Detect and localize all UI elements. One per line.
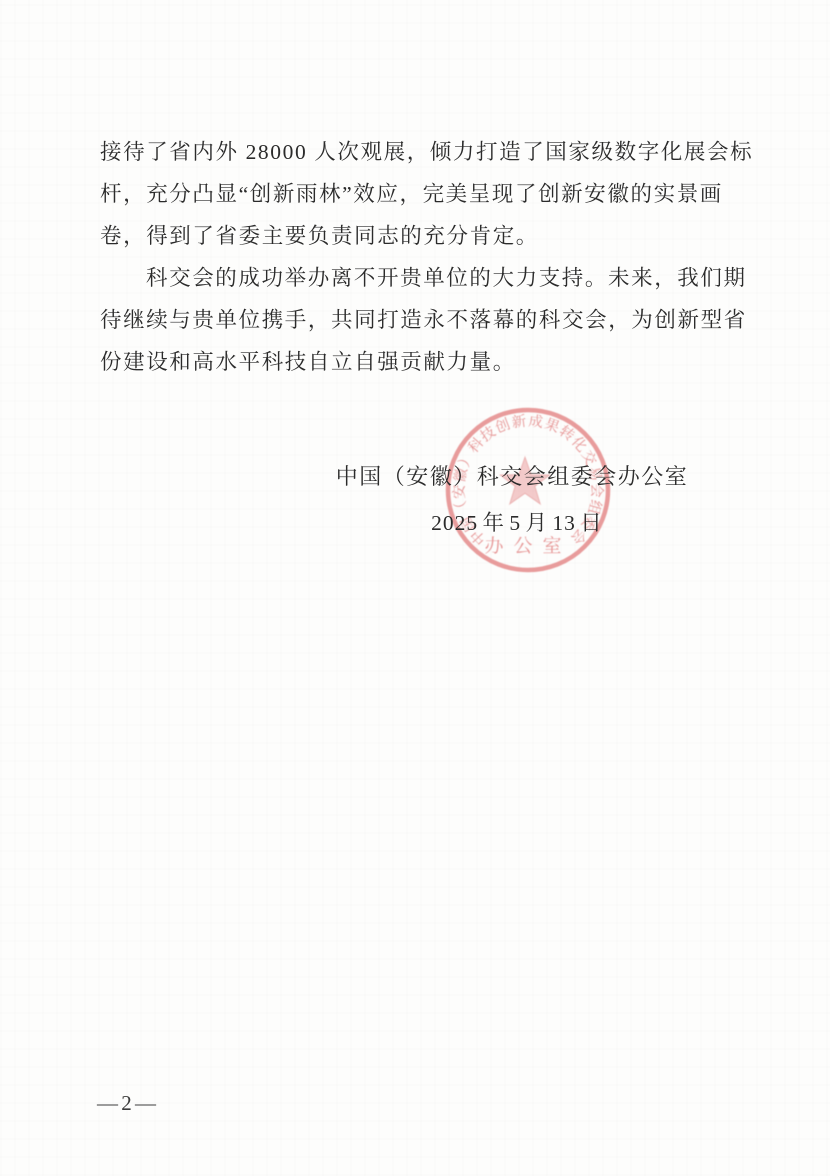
document-page: 接待了省内外 28000 人次观展，倾力打造了国家级数字化展会标 杆，充分凸显“… bbox=[0, 0, 830, 1176]
signature-date: 2025 年 5 月 13 日 bbox=[431, 506, 603, 537]
seal-office-text: 办公室 bbox=[484, 535, 571, 557]
letter-body: 接待了省内外 28000 人次观展，倾力打造了国家级数字化展会标 杆，充分凸显“… bbox=[100, 131, 748, 383]
body-line: 杆，充分凸显“创新雨林”效应，完美呈现了创新安徽的实景画 bbox=[100, 173, 748, 215]
page-number: — 2 — bbox=[97, 1091, 157, 1116]
body-line: 科交会的成功举办离不开贵单位的大力支持。未来，我们期 bbox=[100, 257, 748, 299]
body-line: 份建设和高水平科技自立自强贡献力量。 bbox=[100, 341, 748, 383]
signature-org: 中国（安徽）科交会组委会办公室 bbox=[336, 460, 689, 491]
body-line: 待继续与贵单位携手，共同打造永不落幕的科交会，为创新型省 bbox=[100, 299, 748, 341]
body-line: 卷，得到了省委主要负责同志的充分肯定。 bbox=[100, 215, 748, 257]
body-line: 接待了省内外 28000 人次观展，倾力打造了国家级数字化展会标 bbox=[100, 131, 748, 173]
